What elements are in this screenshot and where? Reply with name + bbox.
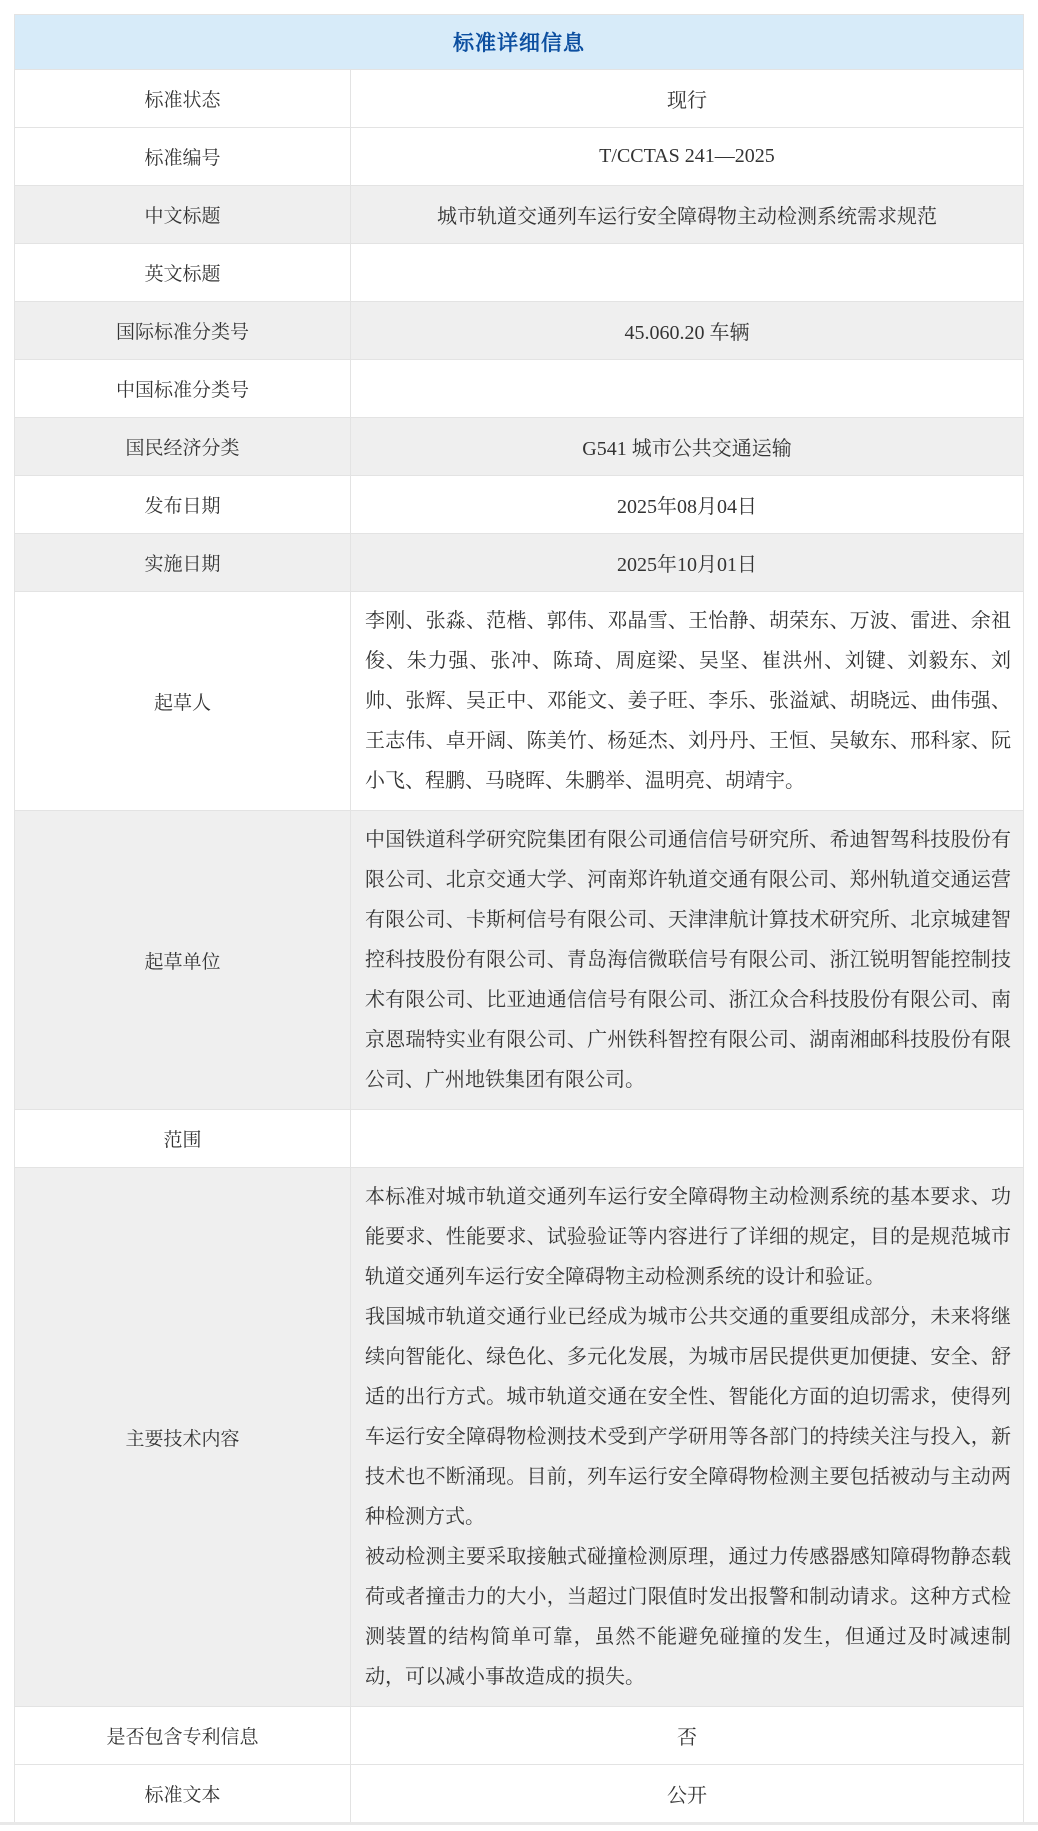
row-label: 标准状态 [15, 70, 351, 127]
table-row: 中文标题城市轨道交通列车运行安全障碍物主动检测系统需求规范 [15, 185, 1023, 243]
table-row: 中国标准分类号 [15, 359, 1023, 417]
table-row: 发布日期2025年08月04日 [15, 475, 1023, 533]
row-label: 起草单位 [15, 811, 351, 1109]
table-row: 国民经济分类G541 城市公共交通运输 [15, 417, 1023, 475]
table-row: 英文标题 [15, 243, 1023, 301]
row-label: 范围 [15, 1110, 351, 1167]
row-label: 主要技术内容 [15, 1168, 351, 1706]
row-value: 中国铁道科学研究院集团有限公司通信信号研究所、希迪智驾科技股份有限公司、北京交通… [351, 811, 1023, 1109]
table-row: 标准状态现行 [15, 69, 1023, 127]
table-row: 起草单位中国铁道科学研究院集团有限公司通信信号研究所、希迪智驾科技股份有限公司、… [15, 810, 1023, 1109]
row-label: 中国标准分类号 [15, 360, 351, 417]
row-label: 实施日期 [15, 534, 351, 591]
value-paragraph: 本标准对城市轨道交通列车运行安全障碍物主动检测系统的基本要求、功能要求、性能要求… [365, 1177, 1011, 1297]
row-value [351, 244, 1023, 301]
row-label: 起草人 [15, 592, 351, 810]
table-title: 标准详细信息 [15, 15, 1023, 69]
row-label: 标准编号 [15, 128, 351, 185]
row-value: 45.060.20 车辆 [351, 302, 1023, 359]
value-paragraph: 我国城市轨道交通行业已经成为城市公共交通的重要组成部分，未来将继续向智能化、绿色… [365, 1297, 1011, 1537]
row-value: 现行 [351, 70, 1023, 127]
row-value: 城市轨道交通列车运行安全障碍物主动检测系统需求规范 [351, 186, 1023, 243]
table-row: 是否包含专利信息否 [15, 1706, 1023, 1764]
row-value: 李刚、张淼、范楷、郭伟、邓晶雪、王怡静、胡荣东、万波、雷进、余祖俊、朱力强、张冲… [351, 592, 1023, 810]
row-label: 国民经济分类 [15, 418, 351, 475]
table-row: 国际标准分类号45.060.20 车辆 [15, 301, 1023, 359]
row-value: 本标准对城市轨道交通列车运行安全障碍物主动检测系统的基本要求、功能要求、性能要求… [351, 1168, 1023, 1706]
row-value [351, 360, 1023, 417]
row-value: 否 [351, 1707, 1023, 1764]
row-label: 发布日期 [15, 476, 351, 533]
row-value: G541 城市公共交通运输 [351, 418, 1023, 475]
row-label: 英文标题 [15, 244, 351, 301]
table-row: 范围 [15, 1109, 1023, 1167]
standard-detail-table: 标准详细信息 标准状态现行标准编号T/CCTAS 241—2025中文标题城市轨… [14, 14, 1024, 1824]
page-bottom-divider [0, 1822, 1038, 1825]
value-paragraph: 被动检测主要采取接触式碰撞检测原理，通过力传感器感知障碍物静态载荷或者撞击力的大… [365, 1537, 1011, 1697]
row-value: 2025年10月01日 [351, 534, 1023, 591]
table-row: 标准编号T/CCTAS 241—2025 [15, 127, 1023, 185]
row-value: 公开 [351, 1765, 1023, 1822]
table-row: 标准文本公开 [15, 1764, 1023, 1822]
table-row: 起草人李刚、张淼、范楷、郭伟、邓晶雪、王怡静、胡荣东、万波、雷进、余祖俊、朱力强… [15, 591, 1023, 810]
row-value [351, 1110, 1023, 1167]
row-label: 中文标题 [15, 186, 351, 243]
table-row: 主要技术内容本标准对城市轨道交通列车运行安全障碍物主动检测系统的基本要求、功能要… [15, 1167, 1023, 1706]
standard-table-body: 标准状态现行标准编号T/CCTAS 241—2025中文标题城市轨道交通列车运行… [15, 69, 1023, 1822]
row-label: 国际标准分类号 [15, 302, 351, 359]
row-label: 标准文本 [15, 1765, 351, 1822]
row-label: 是否包含专利信息 [15, 1707, 351, 1764]
row-value: 2025年08月04日 [351, 476, 1023, 533]
row-value: T/CCTAS 241—2025 [351, 128, 1023, 185]
table-row: 实施日期2025年10月01日 [15, 533, 1023, 591]
